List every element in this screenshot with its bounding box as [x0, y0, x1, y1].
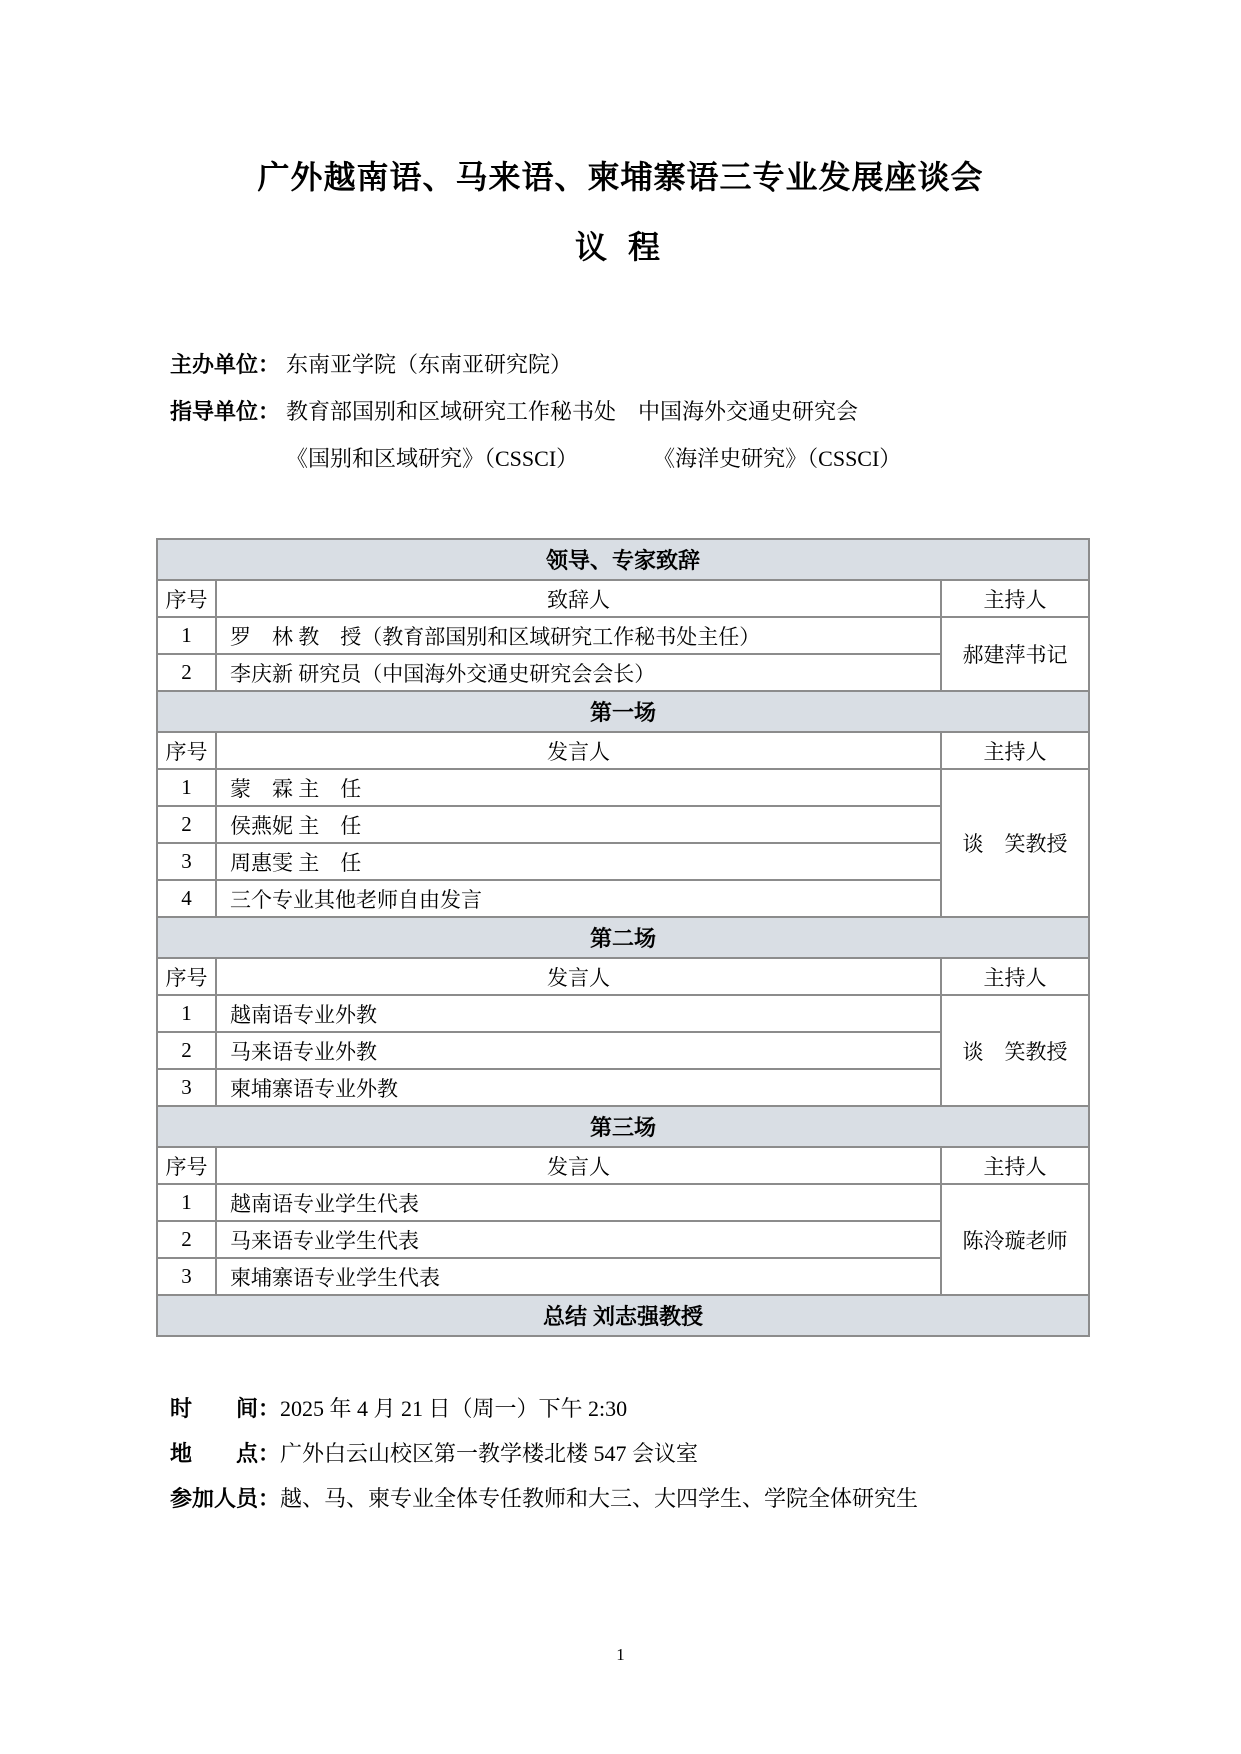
speaker-cell: 柬埔寨语专业外教	[216, 1069, 941, 1106]
col-header-moderator: 主持人	[941, 958, 1089, 995]
location-value: 广外白云山校区第一教学楼北楼 547 会议室	[280, 1439, 698, 1469]
time-row: 时 间： 2025 年 4 月 21 日（周一）下午 2:30	[170, 1394, 918, 1439]
section-band-label: 第二场	[157, 917, 1089, 958]
col-header-moderator: 主持人	[941, 1147, 1089, 1184]
col-header-moderator: 主持人	[941, 732, 1089, 769]
guide-unit-value: 教育部国别和区域研究工作秘书处 中国海外交通史研究会	[286, 397, 858, 427]
column-header-row: 序号 发言人 主持人	[157, 958, 1089, 995]
speaker-cell: 李庆新 研究员（中国海外交通史研究会会长）	[216, 654, 941, 691]
row-number: 1	[157, 995, 216, 1032]
time-value: 2025 年 4 月 21 日（周一）下午 2:30	[280, 1394, 627, 1424]
row-number: 3	[157, 843, 216, 880]
col-header-speaker: 发言人	[216, 1147, 941, 1184]
table-row: 1 越南语专业学生代表 陈泠璇老师	[157, 1184, 1089, 1221]
guide-unit-row: 指导单位： 教育部国别和区域研究工作秘书处 中国海外交通史研究会	[170, 397, 901, 444]
participants-row: 参加人员： 越、马、柬专业全体专任教师和大三、大四学生、学院全体研究生	[170, 1484, 918, 1529]
page-number: 1	[0, 1645, 1241, 1665]
speaker-cell: 罗 林 教 授（教育部国别和区域研究工作秘书处主任）	[216, 617, 941, 654]
col-header-speaker: 致辞人	[216, 580, 941, 617]
table-row: 1 罗 林 教 授（教育部国别和区域研究工作秘书处主任） 郝建萍书记	[157, 617, 1089, 654]
journal-2: 《海洋史研究》（CSSCI）	[653, 444, 901, 474]
column-header-row: 序号 发言人 主持人	[157, 732, 1089, 769]
summary-band-label: 总结 刘志强教授	[157, 1295, 1089, 1336]
section-band-opening: 领导、专家致辞	[157, 539, 1089, 580]
participants-label: 参加人员：	[170, 1484, 280, 1514]
moderator-cell: 谈 笑教授	[941, 995, 1089, 1106]
column-header-row: 序号 发言人 主持人	[157, 1147, 1089, 1184]
col-header-moderator: 主持人	[941, 580, 1089, 617]
row-number: 1	[157, 1184, 216, 1221]
row-number: 2	[157, 1221, 216, 1258]
participants-value: 越、马、柬专业全体专任教师和大三、大四学生、学院全体研究生	[280, 1484, 918, 1514]
section-band-2: 第二场	[157, 917, 1089, 958]
location-row: 地 点： 广外白云山校区第一教学楼北楼 547 会议室	[170, 1439, 918, 1484]
row-number: 3	[157, 1069, 216, 1106]
speaker-cell: 马来语专业学生代表	[216, 1221, 941, 1258]
row-number: 3	[157, 1258, 216, 1295]
col-header-no: 序号	[157, 958, 216, 995]
row-number: 1	[157, 617, 216, 654]
speaker-cell: 蒙 霖 主 任	[216, 769, 941, 806]
section-band-1: 第一场	[157, 691, 1089, 732]
speaker-cell: 马来语专业外教	[216, 1032, 941, 1069]
host-unit-value: 东南亚学院（东南亚研究院）	[286, 350, 572, 380]
organizer-info: 主办单位： 东南亚学院（东南亚研究院） 指导单位： 教育部国别和区域研究工作秘书…	[170, 350, 901, 491]
guide-unit-label: 指导单位：	[170, 397, 286, 427]
host-unit-row: 主办单位： 东南亚学院（东南亚研究院）	[170, 350, 901, 397]
page-title: 广外越南语、马来语、柬埔寨语三专业发展座谈会	[0, 152, 1241, 198]
row-number: 4	[157, 880, 216, 917]
summary-band: 总结 刘志强教授	[157, 1295, 1089, 1336]
col-header-no: 序号	[157, 1147, 216, 1184]
row-number: 2	[157, 806, 216, 843]
section-band-3: 第三场	[157, 1106, 1089, 1147]
location-label: 地 点：	[170, 1439, 280, 1469]
col-header-speaker: 发言人	[216, 732, 941, 769]
speaker-cell: 周惠雯 主 任	[216, 843, 941, 880]
section-band-label: 领导、专家致辞	[157, 539, 1089, 580]
speaker-cell: 柬埔寨语专业学生代表	[216, 1258, 941, 1295]
col-header-no: 序号	[157, 580, 216, 617]
page-subtitle: 议 程	[0, 222, 1241, 268]
event-details: 时 间： 2025 年 4 月 21 日（周一）下午 2:30 地 点： 广外白…	[170, 1394, 918, 1529]
agenda-table: 领导、专家致辞 序号 致辞人 主持人 1 罗 林 教 授（教育部国别和区域研究工…	[156, 538, 1090, 1337]
table-row: 1 蒙 霖 主 任 谈 笑教授	[157, 769, 1089, 806]
speaker-cell: 越南语专业外教	[216, 995, 941, 1032]
section-band-label: 第一场	[157, 691, 1089, 732]
section-band-label: 第三场	[157, 1106, 1089, 1147]
moderator-cell: 谈 笑教授	[941, 769, 1089, 917]
row-number: 2	[157, 1032, 216, 1069]
speaker-cell: 侯燕妮 主 任	[216, 806, 941, 843]
column-header-row: 序号 致辞人 主持人	[157, 580, 1089, 617]
moderator-cell: 陈泠璇老师	[941, 1184, 1089, 1295]
moderator-cell: 郝建萍书记	[941, 617, 1089, 691]
col-header-no: 序号	[157, 732, 216, 769]
col-header-speaker: 发言人	[216, 958, 941, 995]
journals-row: 《国别和区域研究》（CSSCI） 《海洋史研究》（CSSCI）	[170, 444, 901, 491]
document-page: 广外越南语、马来语、柬埔寨语三专业发展座谈会 议 程 主办单位： 东南亚学院（东…	[0, 0, 1241, 1754]
host-unit-label: 主办单位：	[170, 350, 286, 380]
row-number: 2	[157, 654, 216, 691]
speaker-cell: 三个专业其他老师自由发言	[216, 880, 941, 917]
table-row: 1 越南语专业外教 谈 笑教授	[157, 995, 1089, 1032]
time-label: 时 间：	[170, 1394, 280, 1424]
speaker-cell: 越南语专业学生代表	[216, 1184, 941, 1221]
journal-1: 《国别和区域研究》（CSSCI）	[286, 444, 578, 474]
row-number: 1	[157, 769, 216, 806]
